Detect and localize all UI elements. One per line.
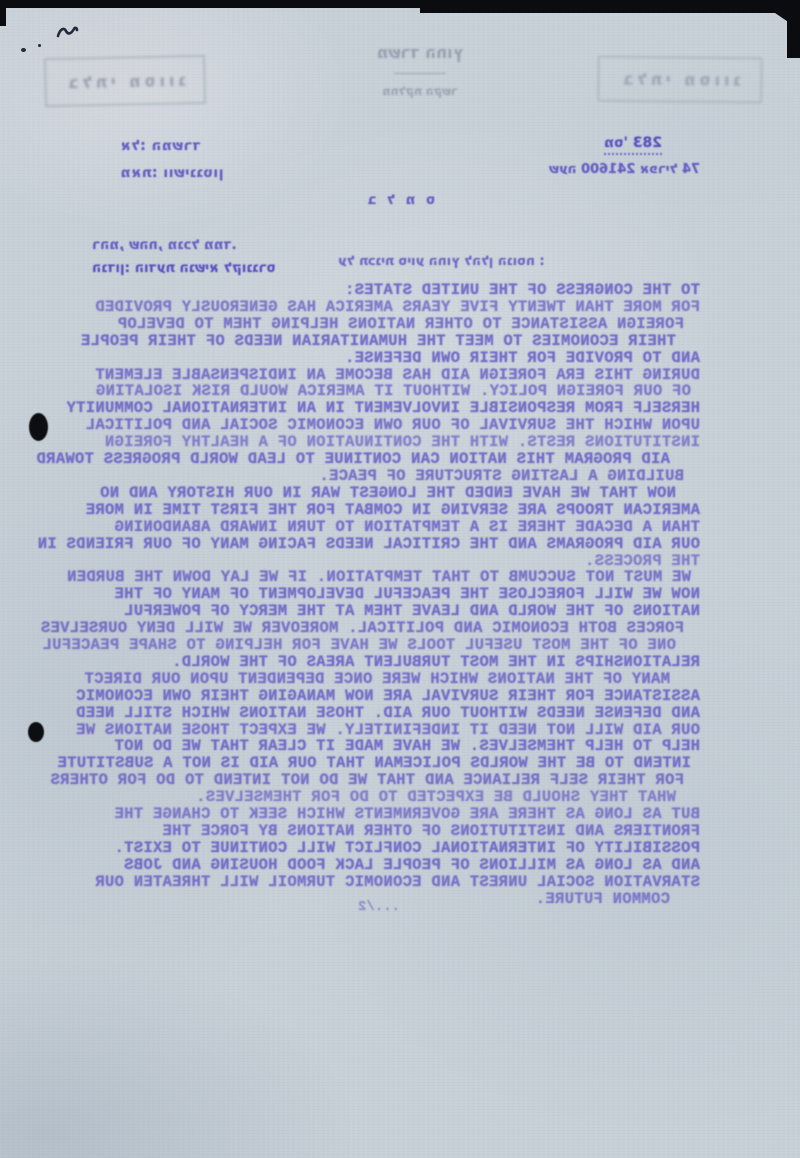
body-line: FRONTIERS AND INSTITUTIONS OF OTHER NATI… bbox=[10, 823, 700, 840]
body-line: DURING THIS ERA FOREIGN AID HAS BECOME A… bbox=[10, 367, 700, 384]
telegram-number: מס' 283 bbox=[604, 135, 662, 155]
body-line: THE PROCESS. bbox=[10, 553, 700, 570]
body-line: BUT AS LONG AS THERE ARE GOVERNMENTS WHI… bbox=[10, 806, 700, 823]
to-line: אל: המשרד bbox=[120, 138, 201, 154]
body-line: FOR THEIR SELF RELIANCE AND THAT WE DO N… bbox=[10, 772, 684, 789]
handwritten-mark bbox=[56, 25, 80, 41]
body-line: STARVATION SOCIAL UNREST AND ECONOMIC TU… bbox=[10, 874, 700, 891]
body-line: MANY OF THE NATIONS WHICH WERE ONCE DEPE… bbox=[10, 671, 670, 688]
body-line: OUR AID PROGRAMS AND THE CRITICAL NEEDS … bbox=[10, 536, 700, 553]
body-line: AMERICAN TROOPS ARE SERVING IN COMBAT FO… bbox=[10, 502, 700, 519]
body-line: TO THE CONGRESS OF THE UNITED STATES: bbox=[10, 282, 700, 299]
body-line: BUILDING A LASTING STRUCTURE OF PEACE. bbox=[10, 468, 684, 485]
body-line: AND AS LONG AS MILLIONS OF PEOPLE LACK F… bbox=[10, 857, 700, 874]
body-line: INSTITUTIONS RESTS. WITH THE CONTINUATIO… bbox=[10, 434, 700, 451]
bleedthrough-content: משרד החוץ מחלקת הקשר בלתי מסווג בלתי מסו… bbox=[0, 0, 800, 1158]
classification-stamp-box: בלתי מסווג bbox=[598, 56, 762, 103]
body-line: AND TO PROVIDE FOR THEIR OWN DEFENSE. bbox=[10, 350, 700, 367]
body-lines: TO THE CONGRESS OF THE UNITED STATES:FOR… bbox=[10, 282, 700, 908]
body-line: ONE OF THE MOST USEFUL TOOLS WE HAVE FOR… bbox=[10, 637, 676, 654]
scan-edge-top-right bbox=[420, 0, 800, 13]
subject-line-start: הנדון: הודעת הנשיא לקונגרס bbox=[92, 260, 276, 276]
body-line: WE MUST NOT SUCCUMB TO THAT TEMPTATION. … bbox=[10, 569, 691, 586]
body-line: THAN A DECADE THERE IS A TEMPTATION TO T… bbox=[10, 519, 700, 536]
distribution-line: רהמ, שהח, מנכל ממד. bbox=[92, 237, 237, 253]
date-time-group: שעה 241600 אפריל 74 bbox=[549, 162, 700, 177]
letterhead-org: משרד החוץ bbox=[320, 43, 520, 62]
scanned-page: משרד החוץ מחלקת הקשר בלתי מסווג בלתי מסו… bbox=[0, 0, 800, 1158]
body-line: FOREIGN ASSISTANCE TO OTHER NATIONS HELP… bbox=[10, 316, 684, 333]
page-continuation-marker: .../2 bbox=[358, 899, 400, 915]
body-line: HERSELF FROM RESPONSIBLE INVOLVEMENT IN … bbox=[10, 400, 700, 417]
body-line: OUR AID WILL NOT NEED IT INDEFINITELY. W… bbox=[10, 722, 700, 739]
body-line: POSSIBILITY OF INTERNATIONAL CONFLICT WI… bbox=[10, 840, 700, 857]
body-line: WHAT THEY SHOULD BE EXPECTED TO DO FOR T… bbox=[10, 789, 676, 806]
hole-punch bbox=[28, 722, 44, 742]
scan-edge-left-nub bbox=[0, 0, 6, 26]
classification-marking: ב ל מ ס bbox=[354, 192, 446, 208]
letterhead-dept: מחלקת הקשר bbox=[320, 84, 520, 98]
hole-punch bbox=[29, 413, 48, 441]
body-line: AID PROGRAM THIS NATION CAN CONTINUE TO … bbox=[10, 451, 670, 468]
ink-dot bbox=[21, 48, 26, 52]
body-line: COMMON FUTURE. bbox=[10, 891, 670, 908]
from-line: מאת: וושינגטון bbox=[120, 165, 223, 181]
classification-stamp-box: בלתי מסווג bbox=[45, 55, 206, 106]
body-line: RELATIONSHIPS IN THE MOST TURBULENT AREA… bbox=[10, 654, 700, 671]
body-line: INTEND TO BE THE WORLDS POLICEMAN THAT O… bbox=[10, 755, 691, 772]
body-line: FORCES BOTH ECONOMIC AND POLITICAL. MORE… bbox=[10, 620, 684, 637]
body-line: THEIR ECONOMIES TO MEET THE HUMANITARIAN… bbox=[10, 333, 676, 350]
body-line: HELP TO HELP THEMSELVES. WE HAVE MADE IT… bbox=[10, 738, 700, 755]
body-line: FOR MORE THAN TWENTY FIVE YEARS AMERICA … bbox=[10, 299, 700, 316]
subject-line-continuation: על תכנית סיוע החוץ להלן הנוסח : bbox=[338, 254, 545, 269]
body-line: NOW WE WILL FORECLOSE THE PEACEFUL DEVEL… bbox=[10, 586, 700, 603]
body-line: NATIONS OF THE WORLD AND LEAVE THEM AT T… bbox=[10, 603, 700, 620]
body-line: AND DEFENSE NEEDS WITHOUT OUR AID. THOSE… bbox=[10, 705, 700, 722]
body-line: ASSISTANCE FOR THEIR SURVIVAL ARE NOW MA… bbox=[10, 688, 700, 705]
letterhead-rule bbox=[394, 73, 446, 74]
body-line: NOW THAT WE HAVE ENDED THE LONGEST WAR I… bbox=[10, 485, 676, 502]
ink-dot bbox=[38, 44, 41, 47]
body-line: UPON WHICH THE SURVIVAL OF OUR OWN ECONO… bbox=[10, 417, 700, 434]
body-line: OF OUR FOREIGN POLICY. WITHOUT IT AMERIC… bbox=[10, 383, 691, 400]
